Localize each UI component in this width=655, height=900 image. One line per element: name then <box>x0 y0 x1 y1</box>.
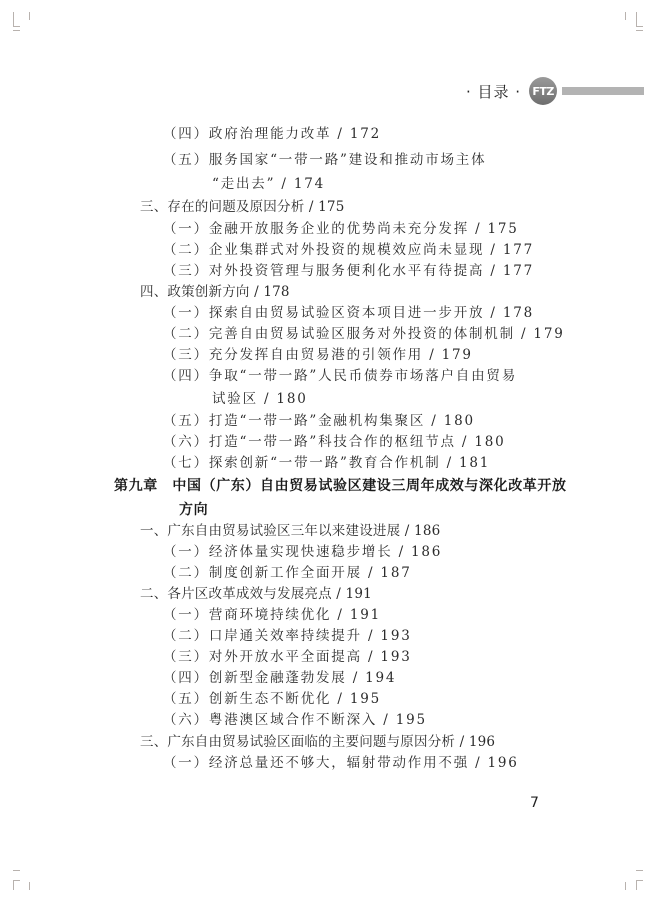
toc-subsection[interactable]: （七）探索创新“一带一路”教育合作机制 / 181 <box>163 453 490 473</box>
toc-subsection[interactable]: （五）打造“一带一路”金融机构集聚区 / 180 <box>163 411 475 431</box>
toc-subsection[interactable]: （四）争取“一带一路”人民币债券市场落户自由贸易 <box>163 366 517 386</box>
toc-subsection[interactable]: （二）完善自由贸易试验区服务对外投资的体制机制 / 179 <box>163 324 565 344</box>
crop-mark-top-right <box>625 12 626 20</box>
toc-subsection[interactable]: （二）企业集群式对外投资的规模效应尚未显现 / 177 <box>163 240 534 260</box>
toc-subsection[interactable]: （一）经济总量还不够大，辐射带动作用不强 / 196 <box>163 753 519 773</box>
crop-mark-bottom-right <box>636 880 637 890</box>
toc-subsection[interactable]: （一）金融开放服务企业的优势尚未充分发挥 / 175 <box>163 219 519 239</box>
crop-mark-top-left <box>29 12 30 20</box>
running-header: · 目录 · FTZ <box>466 80 644 102</box>
toc-subsection[interactable]: （六）打造“一带一路”科技合作的枢纽节点 / 180 <box>163 432 506 452</box>
toc-subsection[interactable]: （二）口岸通关效率持续提升 / 193 <box>163 626 412 646</box>
crop-mark-top-left <box>13 12 14 26</box>
toc-subsection[interactable]: （三）对外开放水平全面提高 / 193 <box>163 647 412 667</box>
header-bar <box>562 87 644 95</box>
toc-subsection[interactable]: （一）探索自由贸易试验区资本项目进一步开放 / 178 <box>163 303 534 323</box>
crop-mark-bottom-left <box>13 880 20 881</box>
toc-subsection[interactable]: （一）营商环境持续优化 / 191 <box>163 605 381 625</box>
crop-mark-top-left <box>13 26 20 27</box>
crop-mark-bottom-left <box>29 882 30 890</box>
toc-section[interactable]: 二、各片区改革成效与发展亮点 / 191 <box>140 584 372 604</box>
toc-subsection[interactable]: “走出去” / 174 <box>212 174 325 194</box>
toc-section[interactable]: 一、广东自由贸易试验区三年以来建设进展 / 186 <box>140 521 440 541</box>
toc-subsection[interactable]: （四）创新型金融蓬勃发展 / 194 <box>163 668 396 688</box>
crop-mark-bottom-right <box>636 880 643 881</box>
ftz-logo-icon: FTZ <box>529 77 557 105</box>
toc-subsection[interactable]: （一）经济体量实现快速稳步增长 / 186 <box>163 542 442 562</box>
logo-text: FTZ <box>532 85 554 98</box>
toc-subsection[interactable]: （二）制度创新工作全面开展 / 187 <box>163 563 412 583</box>
toc-subsection[interactable]: （三）充分发挥自由贸易港的引领作用 / 179 <box>163 345 473 365</box>
toc-subsection[interactable]: 试验区 / 180 <box>212 389 308 409</box>
crop-mark-bottom-right <box>636 870 643 871</box>
crop-mark-top-right <box>636 26 643 27</box>
toc-section[interactable]: 三、存在的问题及原因分析 / 175 <box>140 197 345 217</box>
toc-subsection[interactable]: （五）创新生态不断优化 / 195 <box>163 689 381 709</box>
toc-chapter-heading[interactable]: 方向 <box>179 500 208 520</box>
crop-mark-top-left <box>13 30 20 31</box>
crop-mark-bottom-right <box>625 882 626 890</box>
toc-section[interactable]: 四、政策创新方向 / 178 <box>140 282 290 302</box>
toc-subsection[interactable]: （六）粤港澳区域合作不断深入 / 195 <box>163 710 427 730</box>
toc-section[interactable]: 三、广东自由贸易试验区面临的主要问题与原因分析 / 196 <box>140 732 495 752</box>
page-number: 7 <box>530 795 539 811</box>
crop-mark-bottom-left <box>13 880 14 890</box>
crop-mark-bottom-left <box>13 870 20 871</box>
crop-mark-top-right <box>636 12 637 26</box>
toc-subsection[interactable]: （五）服务国家“一带一路”建设和推动市场主体 <box>163 150 486 170</box>
toc-subsection[interactable]: （三）对外投资管理与服务便利化水平有待提高 / 177 <box>163 261 534 281</box>
toc-chapter-heading[interactable]: 第九章 中国（广东）自由贸易试验区建设三周年成效与深化改革开放 <box>114 476 567 496</box>
toc-subsection[interactable]: （四）政府治理能力改革 / 172 <box>163 124 381 144</box>
crop-mark-top-right <box>636 30 643 31</box>
header-title: · 目录 · <box>466 81 521 102</box>
